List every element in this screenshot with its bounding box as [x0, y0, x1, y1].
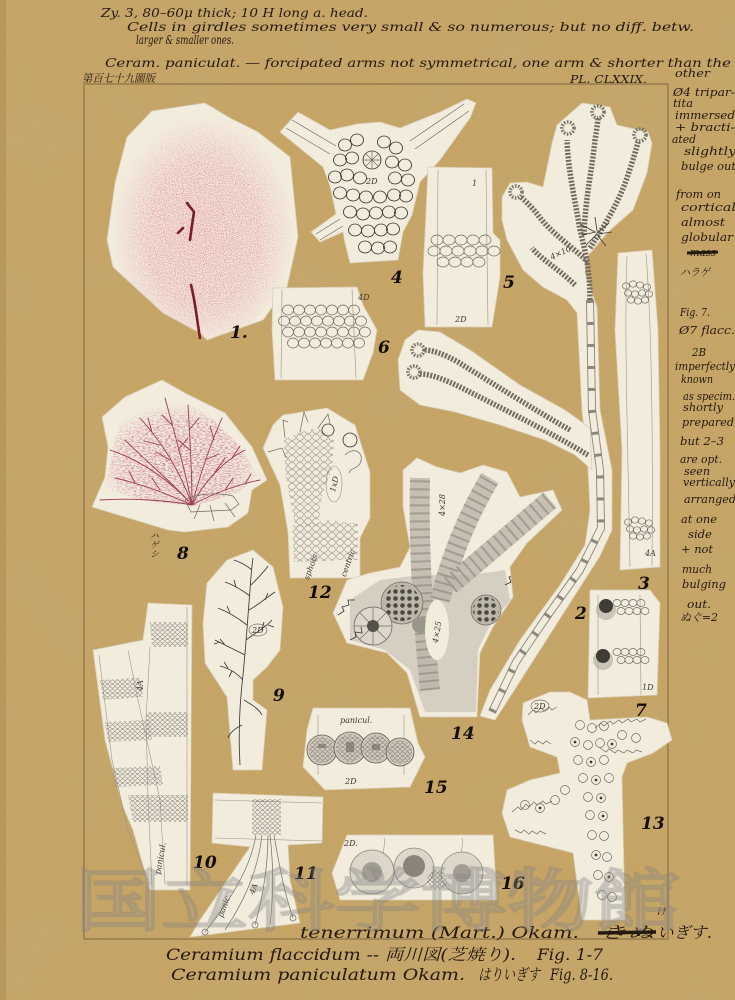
margin-note: vertically	[683, 476, 735, 489]
fig2-label: 2	[574, 604, 587, 624]
fig5-note: 1	[472, 179, 477, 188]
fig9-magnification: 2D	[251, 626, 264, 635]
margin-note: side	[688, 528, 713, 541]
margin-note: + not	[681, 543, 714, 556]
museum-watermark: 国立科学博物館	[75, 863, 680, 942]
fig15-label: 15	[424, 778, 448, 798]
fig8-label: 8	[176, 544, 189, 564]
cell-band	[112, 766, 163, 787]
fig14-label: 14	[451, 724, 475, 744]
fig6-magnification: 4D	[357, 293, 370, 302]
fig13-label: 13	[641, 814, 665, 834]
margin-note: Ø7 flacc.	[678, 324, 735, 337]
cluster-cells	[388, 740, 412, 764]
margin-note: imperfectly	[675, 360, 735, 373]
caption-jp-name-2: はりいぎす	[478, 965, 542, 984]
note-line-4: Ceram. paniculat. — forcipated arms not …	[105, 56, 731, 70]
note-line-2: Cells in girdles sometimes very small & …	[127, 20, 694, 34]
caption-species-flaccidum: Ceramium flaccidum -- 両川図(芝焼り).	[166, 945, 516, 964]
cell-band	[150, 622, 188, 647]
margin-note: cortical	[681, 201, 735, 214]
margin-note: ぬぐ=2	[680, 611, 718, 624]
note-line-1: Zy. 3, 80–60μ thick; 10 H long a. head.	[100, 6, 368, 20]
margin-note: known	[681, 373, 713, 386]
fig15-note: panicul.	[340, 716, 372, 725]
fig14-sporangia	[384, 585, 420, 621]
margin-note: shortly	[683, 401, 724, 414]
margin-note: arranged	[684, 493, 735, 506]
margin-note: out.	[687, 598, 711, 611]
fig7-dark-body	[596, 649, 610, 663]
margin-note: much	[682, 563, 712, 576]
caption-figs-1-7: Fig. 1-7	[536, 945, 604, 964]
fig12-label: 12	[308, 583, 332, 603]
fig9-label: 9	[273, 686, 285, 706]
fig13-magnification: 2D	[533, 702, 546, 711]
fig16-magnification: 2D.	[343, 839, 358, 848]
margin-note: bulge out	[681, 160, 735, 173]
fig4-magnification: 2D	[365, 177, 378, 186]
margin-note: but 2–3	[680, 435, 724, 448]
fig10-magnification: 4A	[136, 680, 145, 692]
caption-species-paniculatum: Ceramium paniculatum Okam.	[171, 965, 465, 984]
botanical-plate: Zy. 3, 80–60μ thick; 10 H long a. head. …	[0, 0, 735, 1000]
fig15-magnification: 2D	[344, 777, 357, 786]
fig8-jp-note: ハゲシ	[148, 531, 158, 558]
fig4-label: 4	[391, 268, 403, 288]
cell-band	[146, 712, 188, 737]
fig5-label: 5	[503, 273, 515, 293]
cluster-cells	[309, 737, 335, 763]
margin-note: at one	[681, 513, 717, 526]
fig11-cell-cluster	[252, 799, 281, 835]
fig14-sporangia	[473, 597, 499, 623]
fig7-dark-body	[599, 599, 613, 613]
note-line-3: larger & smaller ones.	[136, 33, 234, 47]
margin-note: slightly	[684, 145, 735, 158]
margin-note: almost	[681, 216, 726, 229]
cell-band	[128, 795, 188, 822]
figure-3: 4A 3	[615, 250, 660, 594]
margin-note: globular	[681, 231, 734, 244]
note-line-4-continuation: other	[675, 67, 711, 80]
fig14-note: 4×28	[438, 494, 447, 517]
fig7-magnification: 1D	[642, 683, 654, 692]
margin-note: ハラゲ	[680, 266, 712, 279]
margin-note: Fig. 7.	[679, 306, 710, 319]
left-edge-shade	[0, 0, 6, 1000]
fig1-label: 1.	[230, 323, 248, 343]
caption-figs-8-16: Fig. 8-16.	[549, 965, 613, 984]
margin-note: from on	[675, 188, 721, 201]
margin-note: bulging	[682, 578, 726, 591]
fig14-disc-center	[367, 620, 379, 632]
margin-note: prepared	[682, 416, 734, 429]
fig3-magnification: 4A	[644, 549, 656, 558]
fig5-magnification: 2D	[454, 315, 467, 324]
margin-note: 2B	[691, 346, 706, 359]
plate-title-jp: 第百七十九圖版	[82, 72, 157, 85]
fig6-label: 6	[378, 338, 390, 358]
strikethrough-line	[687, 252, 718, 253]
